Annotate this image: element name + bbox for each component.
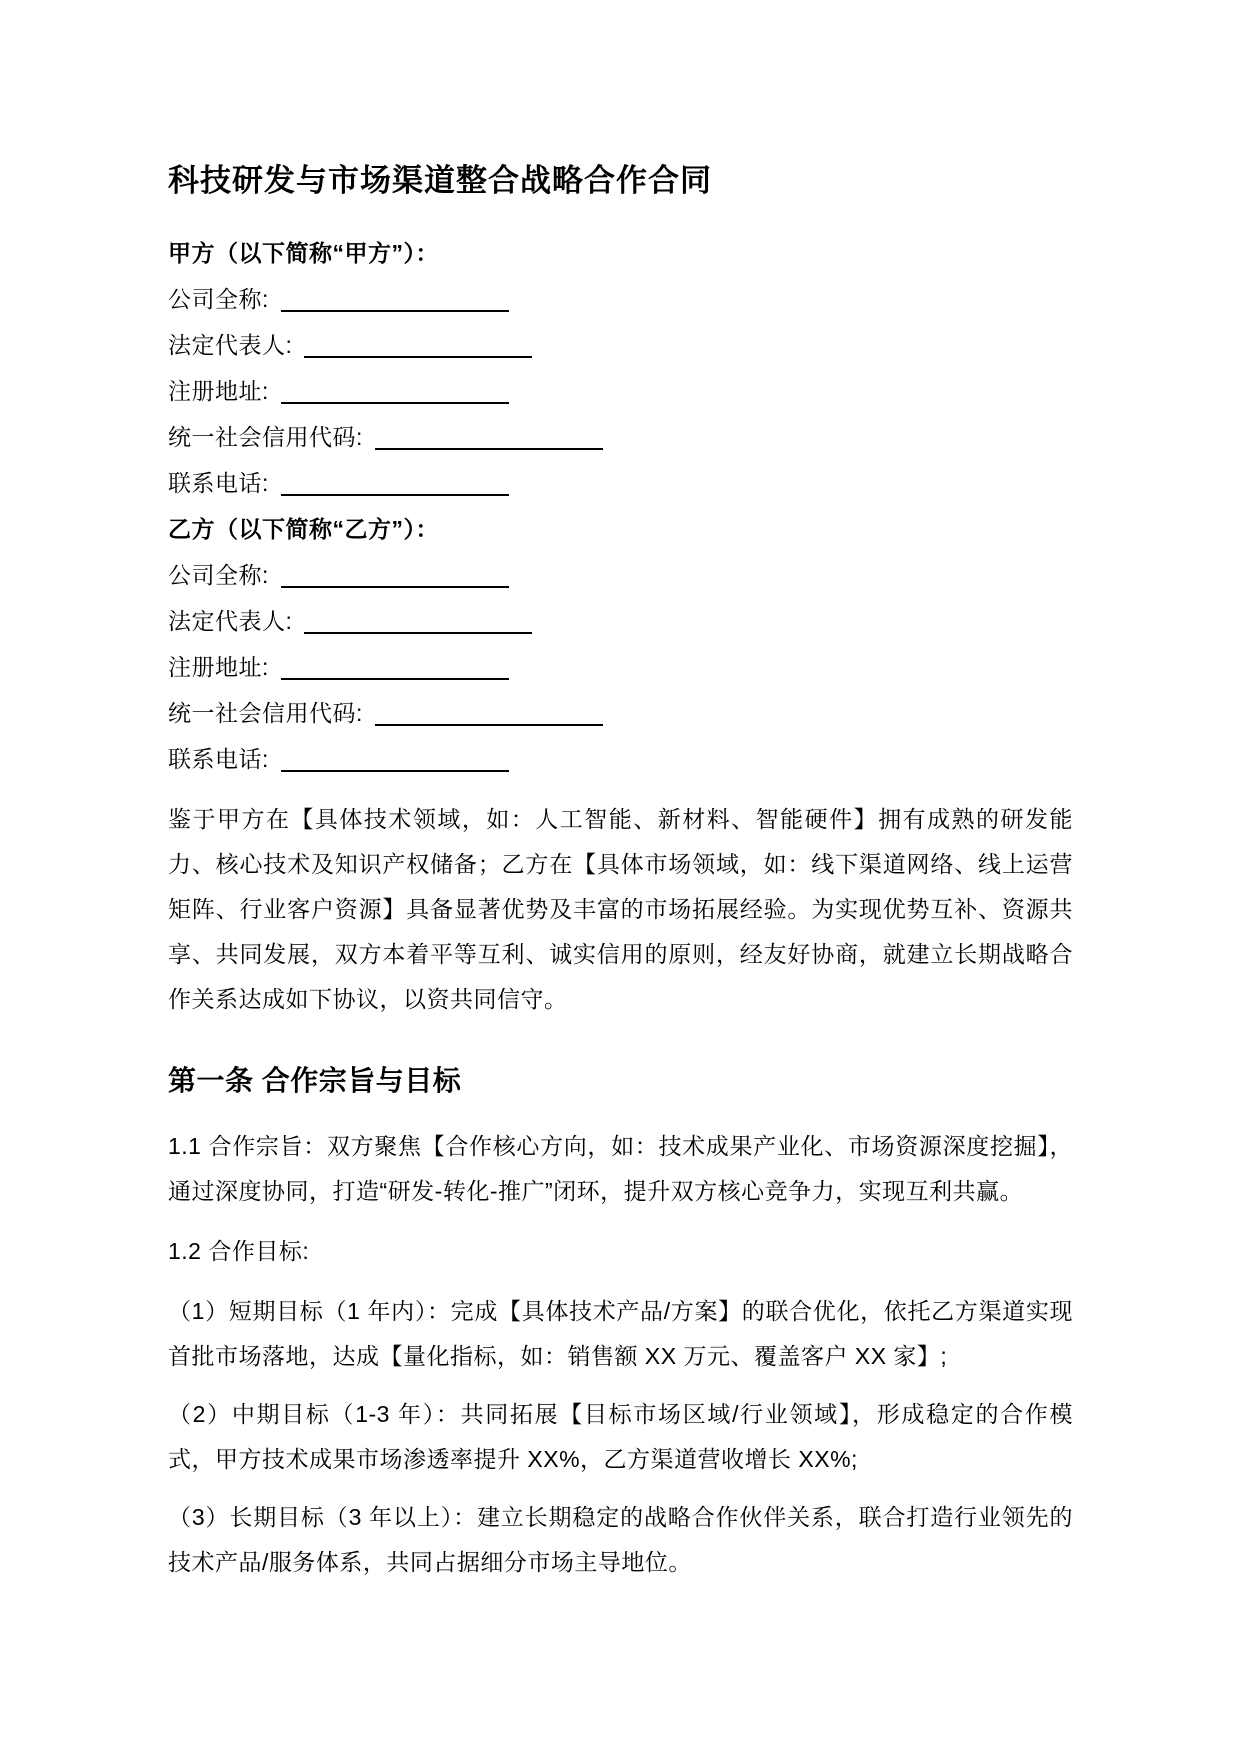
party-b-company-name-row: 公司全称:	[168, 552, 1073, 598]
blank-line	[281, 470, 509, 496]
goal-short-term-paragraph: （1）短期目标（1 年内）：完成【具体技术产品/方案】的联合优化，依托乙方渠道实…	[168, 1289, 1073, 1379]
field-label: 注册地址:	[168, 378, 269, 404]
field-label: 注册地址:	[168, 654, 269, 680]
party-a-legal-representative-row: 法定代表人:	[168, 322, 1073, 368]
party-a-registered-address-row: 注册地址:	[168, 368, 1073, 414]
field-label: 公司全称:	[168, 286, 269, 312]
field-label: 联系电话:	[168, 746, 269, 772]
blank-line	[281, 654, 509, 680]
party-b-registered-address-row: 注册地址:	[168, 644, 1073, 690]
field-label: 法定代表人:	[168, 608, 292, 634]
field-label: 联系电话:	[168, 470, 269, 496]
blank-line	[281, 286, 509, 312]
goal-long-term-paragraph: （3）长期目标（3 年以上）：建立长期稳定的战略合作伙伴关系，联合打造行业领先的…	[168, 1495, 1073, 1585]
party-b-phone-row: 联系电话:	[168, 736, 1073, 782]
section-1-heading: 第一条 合作宗旨与目标	[168, 1062, 1073, 1100]
clause-1-2-label: 1.2 合作目标:	[168, 1229, 1073, 1274]
party-a-heading: 甲方（以下简称“甲方”）：	[168, 230, 1073, 276]
party-a-credit-code-row: 统一社会信用代码:	[168, 414, 1073, 460]
blank-line	[375, 424, 603, 450]
field-label: 法定代表人:	[168, 332, 292, 358]
blank-line	[304, 608, 532, 634]
preamble-paragraph: 鉴于甲方在【具体技术领域，如：人工智能、新材料、智能硬件】拥有成熟的研发能力、核…	[168, 797, 1073, 1022]
party-a-phone-row: 联系电话:	[168, 460, 1073, 506]
clause-1-1-paragraph: 1.1 合作宗旨：双方聚焦【合作核心方向，如：技术成果产业化、市场资源深度挖掘】…	[168, 1124, 1073, 1214]
blank-line	[281, 562, 509, 588]
blank-line	[281, 746, 509, 772]
field-label: 统一社会信用代码:	[168, 424, 363, 450]
goal-mid-term-paragraph: （2）中期目标（1-3 年）：共同拓展【目标市场区域/行业领域】，形成稳定的合作…	[168, 1392, 1073, 1482]
party-b-legal-representative-row: 法定代表人:	[168, 598, 1073, 644]
field-label: 统一社会信用代码:	[168, 700, 363, 726]
party-b-heading: 乙方（以下简称“乙方”）：	[168, 506, 1073, 552]
contract-document-page: 科技研发与市场渠道整合战略合作合同 甲方（以下简称“甲方”）： 公司全称: 法定…	[0, 0, 1241, 1755]
party-b-credit-code-row: 统一社会信用代码:	[168, 690, 1073, 736]
field-label: 公司全称:	[168, 562, 269, 588]
party-a-company-name-row: 公司全称:	[168, 276, 1073, 322]
blank-line	[375, 700, 603, 726]
blank-line	[304, 332, 532, 358]
document-title: 科技研发与市场渠道整合战略合作合同	[168, 160, 1073, 202]
blank-line	[281, 378, 509, 404]
